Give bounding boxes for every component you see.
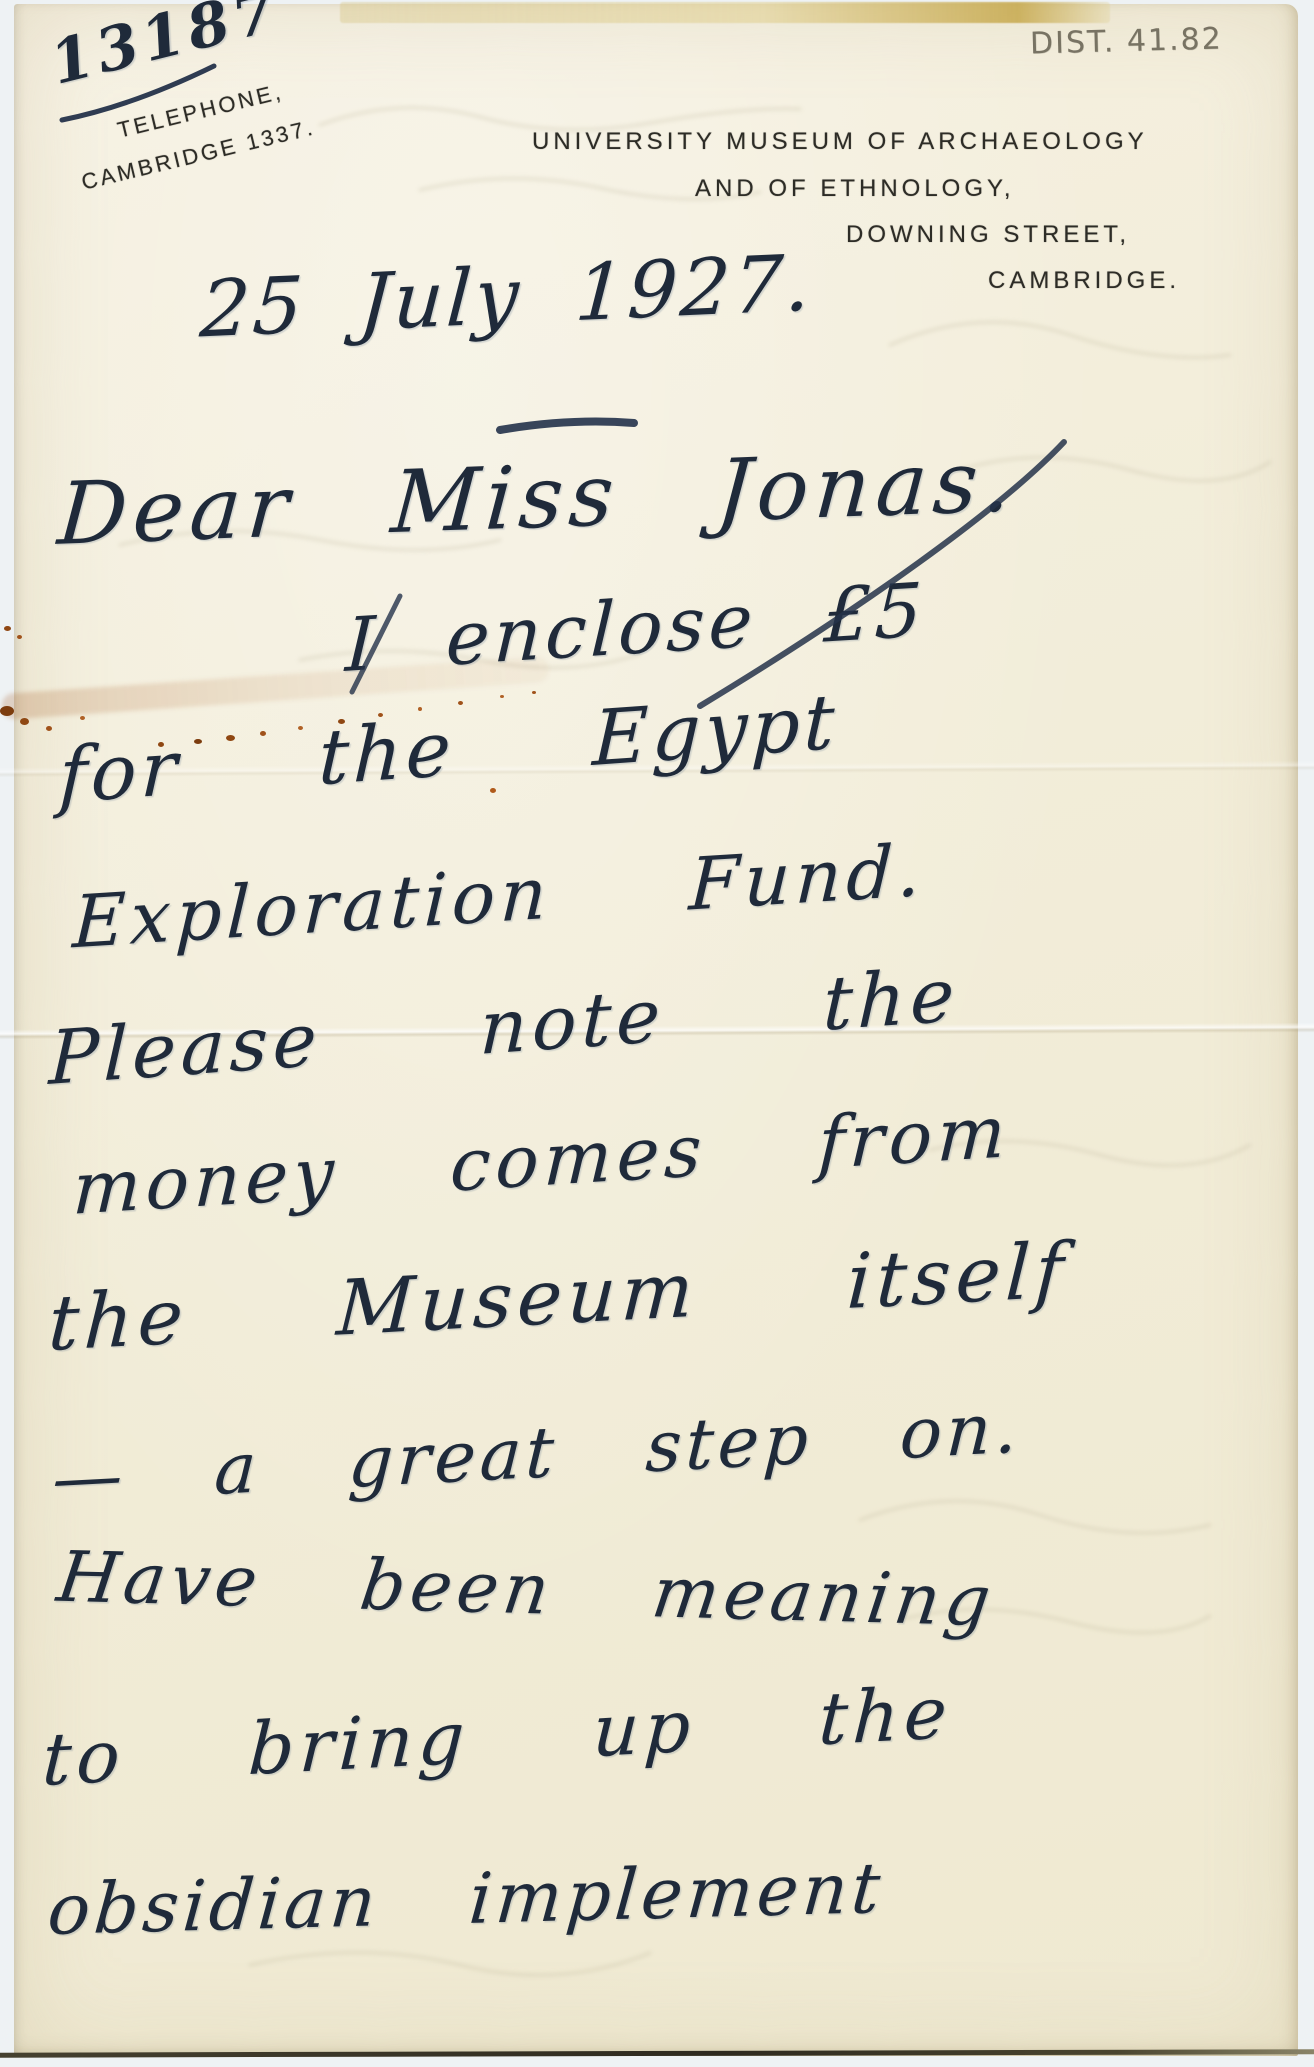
letterhead-line-1: UNIVERSITY MUSEUM OF ARCHAEOLOGY (532, 128, 1148, 156)
letterhead-line-2: AND OF ETHNOLOGY, (695, 175, 1015, 203)
letterhead-line-3: DOWNING STREET, (846, 221, 1130, 249)
pencil-dist-note: DIST. 41.82 (1030, 21, 1224, 61)
letterhead-line-4: CAMBRIDGE. (988, 267, 1180, 295)
tape-discoloration (340, 2, 1110, 23)
scanned-letter-page: { "document": { "accession_number": "131… (0, 0, 1314, 2067)
